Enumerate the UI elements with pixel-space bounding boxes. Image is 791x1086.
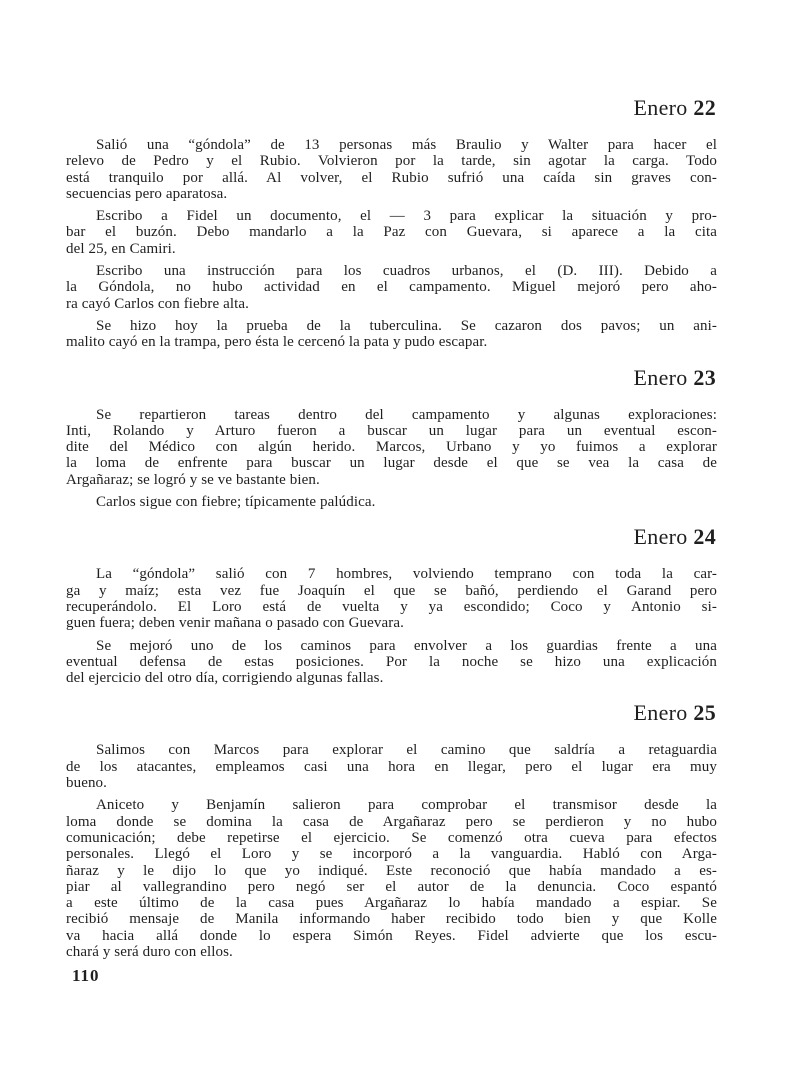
- text-line: recibió mensaje de Manila informando hab…: [66, 911, 717, 927]
- paragraph: Escribo a Fidel un documento, el — 3 par…: [66, 208, 717, 257]
- entry-heading: Enero 23: [66, 365, 716, 391]
- entry-heading: Enero 22: [66, 95, 716, 121]
- text-line: malito cayó en la trampa, pero ésta le c…: [66, 334, 717, 350]
- text-line: eventual defensa de estas posiciones. Po…: [66, 654, 717, 670]
- paragraph: Salió una “góndola” de 13 personas más B…: [66, 137, 717, 202]
- paragraph: Se hizo hoy la prueba de la tuberculina.…: [66, 318, 717, 351]
- text-line: ga y maíz; esta vez fue Joaquín el que s…: [66, 583, 717, 599]
- entry-heading: Enero 24: [66, 524, 716, 550]
- entry-day: 24: [693, 524, 716, 549]
- text-line: la Góndola, no hubo actividad en el camp…: [66, 279, 717, 295]
- entry-day: 25: [693, 700, 716, 725]
- diary-entries: Enero 22Salió una “góndola” de 13 person…: [66, 95, 717, 960]
- text-line: Salimos con Marcos para explorar el cami…: [66, 742, 717, 758]
- text-line: del ejercicio del otro día, corrigiendo …: [66, 670, 717, 686]
- text-line: Se repartieron tareas dentro del campame…: [66, 407, 717, 423]
- entry-month: Enero: [634, 700, 694, 725]
- text-line: Escribo una instrucción para los cuadros…: [66, 263, 717, 279]
- text-line: relevo de Pedro y el Rubio. Volvieron po…: [66, 153, 717, 169]
- text-line: comunicación; debe repetirse el ejercici…: [66, 830, 717, 846]
- diary-entry: Enero 22Salió una “góndola” de 13 person…: [66, 95, 717, 351]
- text-line: Salió una “góndola” de 13 personas más B…: [66, 137, 717, 153]
- text-line: loma donde se domina la casa de Argañara…: [66, 814, 717, 830]
- text-line: de los atacantes, empleamos casi una hor…: [66, 759, 717, 775]
- diary-entry: Enero 25Salimos con Marcos para explorar…: [66, 700, 717, 960]
- paragraph: La “góndola” salió con 7 hombres, volvie…: [66, 566, 717, 631]
- text-line: recuperándolo. El Loro está de vuelta y …: [66, 599, 717, 615]
- book-page: Enero 22Salió una “góndola” de 13 person…: [0, 0, 791, 1086]
- entry-month: Enero: [634, 524, 694, 549]
- text-line: bar el buzón. Debo mandarlo a la Paz con…: [66, 224, 717, 240]
- diary-entry: Enero 23Se repartieron tareas dentro del…: [66, 365, 717, 511]
- text-line: está tranquilo por allá. Al volver, el R…: [66, 170, 717, 186]
- text-line: Se hizo hoy la prueba de la tuberculina.…: [66, 318, 717, 334]
- text-line: Aniceto y Benjamín salieron para comprob…: [66, 797, 717, 813]
- text-line: Inti, Rolando y Arturo fueron a buscar u…: [66, 423, 717, 439]
- page-number: 110: [72, 966, 100, 986]
- text-line: Se mejoró uno de los caminos para envolv…: [66, 638, 717, 654]
- entry-month: Enero: [634, 95, 694, 120]
- text-line: secuencias pero aparatosa.: [66, 186, 717, 202]
- paragraph: Se repartieron tareas dentro del campame…: [66, 407, 717, 488]
- text-line: piar al vallegrandino pero negó ser el a…: [66, 879, 717, 895]
- text-line: ra cayó Carlos con fiebre alta.: [66, 296, 717, 312]
- text-line: del 25, en Camiri.: [66, 241, 717, 257]
- text-line: dite del Médico con algún herido. Marcos…: [66, 439, 717, 455]
- entry-day: 23: [693, 365, 716, 390]
- text-line: personales. Llegó el Loro y se incorporó…: [66, 846, 717, 862]
- paragraph: Escribo una instrucción para los cuadros…: [66, 263, 717, 312]
- text-line: Carlos sigue con fiebre; típicamente pal…: [66, 494, 717, 510]
- text-line: La “góndola” salió con 7 hombres, volvie…: [66, 566, 717, 582]
- text-line: bueno.: [66, 775, 717, 791]
- diary-entry: Enero 24La “góndola” salió con 7 hombres…: [66, 524, 717, 686]
- text-line: chará y será duro con ellos.: [66, 944, 717, 960]
- paragraph: Carlos sigue con fiebre; típicamente pal…: [66, 494, 717, 510]
- text-line: Argañaraz; se logró y se ve bastante bie…: [66, 472, 717, 488]
- text-line: va hacia allá donde lo espera Simón Reye…: [66, 928, 717, 944]
- paragraph: Salimos con Marcos para explorar el cami…: [66, 742, 717, 791]
- text-line: Escribo a Fidel un documento, el — 3 par…: [66, 208, 717, 224]
- entry-month: Enero: [634, 365, 694, 390]
- text-line: la loma de enfrente para buscar un lugar…: [66, 455, 717, 471]
- paragraph: Aniceto y Benjamín salieron para comprob…: [66, 797, 717, 960]
- paragraph: Se mejoró uno de los caminos para envolv…: [66, 638, 717, 687]
- entry-day: 22: [693, 95, 716, 120]
- entry-heading: Enero 25: [66, 700, 716, 726]
- text-line: ñaraz y le dijo lo que yo indiqué. Este …: [66, 863, 717, 879]
- text-line: a este último de la casa pues Argañaraz …: [66, 895, 717, 911]
- text-line: guen fuera; deben venir mañana o pasado …: [66, 615, 717, 631]
